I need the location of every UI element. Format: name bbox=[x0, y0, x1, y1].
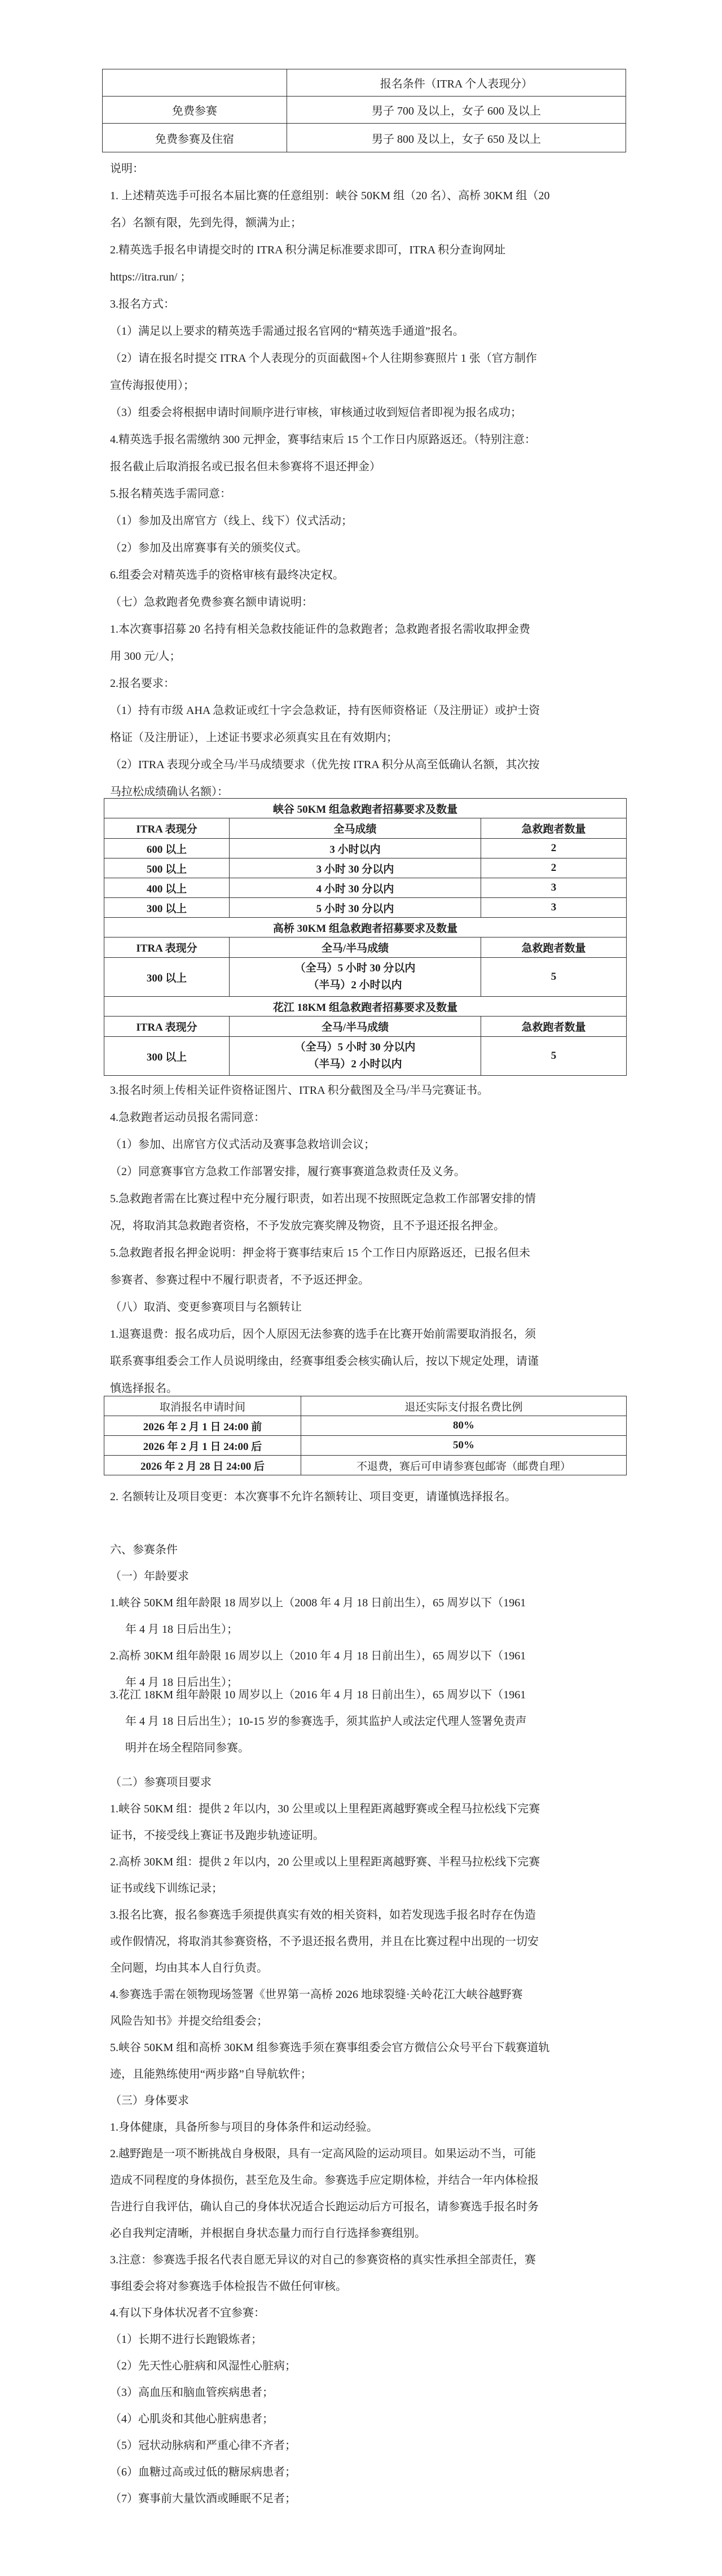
count-cell: 5 bbox=[481, 958, 627, 997]
count-cell: 2 bbox=[481, 858, 627, 878]
text-line: 年 4 月 18 日后出生）；10-15 岁的参赛选手，须其监护人或法定代理人签… bbox=[110, 1708, 549, 1735]
text-line: （5）冠状动脉病和严重心律不齐者； bbox=[110, 2433, 549, 2459]
group-title-cell: 高桥 30KM 组急救跑者招募要求及数量 bbox=[104, 918, 627, 937]
text-line: 5.峡谷 50KM 组和高桥 30KM 组参赛选手须在赛事组委会官方微信公众号平… bbox=[110, 2035, 549, 2061]
text-line: 1.退赛退费：报名成功后，因个人原因无法参赛的选手在比赛开始前需要取消报名，须 bbox=[110, 1321, 539, 1348]
text-line: 1.本次赛事招募 20 名持有相关急救技能证件的急救跑者；急救跑者报名需收取押金… bbox=[110, 616, 549, 643]
text-line: 5.报名精英选手需同意： bbox=[110, 480, 549, 507]
text-line: 1. 上述精英选手可报名本届比赛的任意组别：峡谷 50KM 组（20 名）、高桥… bbox=[110, 182, 549, 209]
refund-time-cell: 2026 年 2 月 1 日 24:00 后 bbox=[104, 1436, 301, 1456]
text-line: （3）组委会将根据申请时间顺序进行审核，审核通过收到短信者即视为报名成功； bbox=[110, 399, 549, 426]
text-line: 4.有以下身体状况者不宜参赛： bbox=[110, 2300, 549, 2327]
text-line: 4.精英选手报名需缴纳 300 元押金，赛事结束后 15 个工作日内原路返还。（… bbox=[110, 426, 549, 453]
refund-col-header-time: 取消报名申请时间 bbox=[104, 1396, 301, 1416]
itra-score-cell: 500 以上 bbox=[104, 858, 230, 878]
col-header-itra: ITRA 表现分 bbox=[104, 1017, 230, 1037]
notes-heading: 说明： bbox=[110, 155, 549, 182]
count-cell: 3 bbox=[481, 898, 627, 918]
count-cell: 2 bbox=[481, 839, 627, 858]
time-cell: 5 小时 30 分以内 bbox=[230, 898, 481, 918]
text-line: 3.注意：参赛选手报名代表自愿无异议的对自己的参赛资格的真实性承担全部责任，赛 bbox=[110, 2247, 549, 2273]
text-line: 3.报名方式： bbox=[110, 291, 549, 318]
text-line: （2）同意赛事官方急救工作部署安排，履行赛事赛道急救责任及义务。 bbox=[110, 1158, 539, 1185]
text-line: （2）先天性心脏病和风湿性心脏病； bbox=[110, 2353, 549, 2380]
text-line: 6.组委会对精英选手的资格审核有最终决定权。 bbox=[110, 562, 549, 589]
text-line: 报名截止后取消报名或已报名但未参赛将不退还押金） bbox=[110, 453, 549, 480]
time-line: （全马）5 小时 30 分以内 bbox=[230, 960, 481, 977]
refund-col-header-ratio: 退还实际支付报名费比例 bbox=[301, 1396, 627, 1416]
text-line: 3.花江 18KM 组年龄限 10 周岁以上（2016 年 4 月 18 日前出… bbox=[110, 1682, 549, 1708]
count-cell: 3 bbox=[481, 878, 627, 898]
text-line: （4）心肌炎和其他心脏病患者； bbox=[110, 2406, 549, 2433]
col-header-time: 全马/半马成绩 bbox=[230, 1017, 481, 1037]
text-line: （1）参加、出席官方仪式活动及赛事急救培训会议； bbox=[110, 1131, 539, 1158]
refund-time-cell: 2026 年 2 月 28 日 24:00 后 bbox=[104, 1456, 301, 1475]
time-line: （全马）5 小时 30 分以内 bbox=[230, 1039, 481, 1056]
text-line: 1.峡谷 50KM 组年龄限 18 周岁以上（2008 年 4 月 18 日前出… bbox=[110, 1590, 549, 1616]
text-line: 1.峡谷 50KM 组：提供 2 年以内，30 公里或以上里程距离越野赛或全程马… bbox=[110, 1796, 549, 1823]
text-line: 4.参赛选手需在领物现场签署《世界第一高桥 2026 地球裂缝·关岭花江大峡谷越… bbox=[110, 1982, 549, 2008]
text-line: 或作假情况，将取消其参赛资格，不予退还报名费用，并且在比赛过程中出现的一切安 bbox=[110, 1929, 549, 1955]
text-line: 年 4 月 18 日后出生）； bbox=[110, 1616, 549, 1643]
elite-notes-section: 说明： 1. 上述精英选手可报名本届比赛的任意组别：峡谷 50KM 组（20 名… bbox=[110, 155, 549, 805]
text-line: 用 300 元/人； bbox=[110, 643, 549, 670]
refund-policy-table: 取消报名申请时间 退还实际支付报名费比例 2026 年 2 月 1 日 24:0… bbox=[104, 1396, 627, 1475]
text-line: 联系赛事组委会工作人员说明缘由，经赛事组委会核实确认后，按以下规定处理，请谨 bbox=[110, 1348, 539, 1375]
refund-ratio-cell: 80% bbox=[301, 1416, 627, 1436]
col-header-itra: ITRA 表现分 bbox=[104, 818, 230, 839]
text-line: 名）名额有限，先到先得，额满为止； bbox=[110, 209, 549, 236]
text-line: 3.报名时须上传相关证件资格证图片、ITRA 积分截图及全马/半马完赛证书。 bbox=[110, 1077, 539, 1104]
text-line: （2）请在报名时提交 ITRA 个人表现分的页面截图+个人往期参赛照片 1 张（… bbox=[110, 345, 549, 372]
text-line: 必自我判定清晰，并根据自身状态量力而行自行选择参赛组别。 bbox=[110, 2220, 549, 2247]
col-header-count: 急救跑者数量 bbox=[481, 937, 627, 958]
condition-header-cell: 报名条件（ITRA 个人表现分） bbox=[287, 69, 626, 97]
text-line: 3.报名比赛，报名参赛选手须提供真实有效的相关资料，如若发现选手报名时存在伪造 bbox=[110, 1902, 549, 1929]
text-line: 4.急救跑者运动员报名需同意： bbox=[110, 1104, 539, 1131]
time-cell: 4 小时 30 分以内 bbox=[230, 878, 481, 898]
heading-cancel-transfer: （八）取消、变更参赛项目与名额转让 bbox=[110, 1294, 539, 1321]
time-cell: （全马）5 小时 30 分以内 （半马）2 小时以内 bbox=[230, 1037, 481, 1076]
refund-ratio-cell: 50% bbox=[301, 1436, 627, 1456]
elite-qualification-table: 报名条件（ITRA 个人表现分） 免费参赛 男子 700 及以上，女子 600 … bbox=[102, 69, 626, 152]
text-line: 格证（及注册证），上述证书要求必须真实且在有效期内； bbox=[110, 724, 549, 751]
time-line: （半马）2 小时以内 bbox=[230, 1056, 481, 1073]
entry-conditions-section: 2. 名额转让及项目变更：本次赛事不允许名额转让、项目变更，请谨慎选择报名。 六… bbox=[110, 1484, 549, 2512]
text-line: （1）参加及出席官方（线上、线下）仪式活动； bbox=[110, 507, 549, 535]
col-header-time: 全马成绩 bbox=[230, 818, 481, 839]
text-line: 全问题，均由其本人自行负责。 bbox=[110, 1955, 549, 1982]
col-header-count: 急救跑者数量 bbox=[481, 1017, 627, 1037]
heading-age-requirements: （一）年龄要求 bbox=[110, 1563, 549, 1590]
blank-line bbox=[110, 1510, 549, 1537]
text-line: 2.精英选手报名申请提交时的 ITRA 积分满足标准要求即可，ITRA 积分查询… bbox=[110, 236, 549, 264]
heading-event-requirements: （二）参赛项目要求 bbox=[110, 1769, 549, 1796]
text-line: 5.急救跑者需在比赛过程中充分履行职责，如若出现不按照既定急救工作部署安排的情 bbox=[110, 1185, 539, 1212]
text-line: 造成不同程度的身体损伤，甚至危及生命。参赛选手应定期体检，并结合一年内体检报 bbox=[110, 2167, 549, 2194]
itra-score-cell: 300 以上 bbox=[104, 898, 230, 918]
text-line: 况，将取消其急救跑者资格，不予发放完赛奖牌及物资，且不予退还报名押金。 bbox=[110, 1212, 539, 1239]
text-line: （7）赛事前大量饮酒或睡眠不足者； bbox=[110, 2486, 549, 2512]
text-line: （6）血糖过高或过低的糖尿病患者； bbox=[110, 2459, 549, 2486]
text-line: 迹，且能熟练使用“两步路”自导航软件； bbox=[110, 2061, 549, 2088]
text-line: 2.报名要求： bbox=[110, 670, 549, 697]
text-line: 1.身体健康，具备所参与项目的身体条件和运动经验。 bbox=[110, 2114, 549, 2141]
text-line: 明并在场全程陪同参赛。 bbox=[110, 1735, 549, 1762]
text-line: （1）持有市级 AHA 急救证或红十字会急救证，持有医师资格证（及注册证）或护士… bbox=[110, 697, 549, 724]
text-line: 2.越野跑是一项不断挑战自身极限，具有一定高风险的运动项目。如果运动不当，可能 bbox=[110, 2141, 549, 2167]
text-line: 2.高桥 30KM 组年龄限 16 周岁以上（2010 年 4 月 18 日前出… bbox=[110, 1643, 549, 1670]
heading-entry-conditions: 六、参赛条件 bbox=[110, 1537, 549, 1563]
col-header-time: 全马/半马成绩 bbox=[230, 937, 481, 958]
text-line: 风险告知书》并提交给组委会； bbox=[110, 2008, 549, 2035]
time-cell: （全马）5 小时 30 分以内 （半马）2 小时以内 bbox=[230, 958, 481, 997]
text-line: 宣传海报使用）； bbox=[110, 372, 549, 399]
text-line: 事组委会将对参赛选手体检报告不做任何审核。 bbox=[110, 2273, 549, 2300]
text-line: 证书或线下训练记录； bbox=[110, 1876, 549, 1902]
itra-url: https://itra.run/ ； bbox=[110, 264, 549, 291]
text-line: 2. 名额转让及项目变更：本次赛事不允许名额转让、项目变更，请谨慎选择报名。 bbox=[110, 1484, 549, 1510]
itra-score-cell: 600 以上 bbox=[104, 839, 230, 858]
refund-ratio-cell: 不退费，赛后可申请参赛包邮寄（邮费自理） bbox=[301, 1456, 627, 1475]
tier-cell: 免费参赛及住宿 bbox=[103, 124, 287, 152]
rescue-notes-section: 3.报名时须上传相关证件资格证图片、ITRA 积分截图及全马/半马完赛证书。 4… bbox=[110, 1077, 539, 1402]
text-line: （1）满足以上要求的精英选手需通过报名官网的“精英选手通道”报名。 bbox=[110, 318, 549, 345]
heading-physical-requirements: （三）身体要求 bbox=[110, 2088, 549, 2114]
itra-score-cell: 400 以上 bbox=[104, 878, 230, 898]
time-cell: 3 小时 30 分以内 bbox=[230, 858, 481, 878]
text-line: （3）高血压和脑血管疾病患者； bbox=[110, 2380, 549, 2406]
itra-score-cell: 300 以上 bbox=[104, 958, 230, 997]
time-cell: 3 小时以内 bbox=[230, 839, 481, 858]
text-line: 证书，不接受线上赛证书及跑步轨迹证明。 bbox=[110, 1823, 549, 1849]
text-line: （2）参加及出席赛事有关的颁奖仪式。 bbox=[110, 535, 549, 562]
requirement-cell: 男子 700 及以上，女子 600 及以上 bbox=[287, 97, 626, 124]
document-page: 报名条件（ITRA 个人表现分） 免费参赛 男子 700 及以上，女子 600 … bbox=[0, 0, 722, 2576]
text-line: 参赛者、参赛过程中不履行职责者，不予返还押金。 bbox=[110, 1267, 539, 1294]
col-header-count: 急救跑者数量 bbox=[481, 818, 627, 839]
corner-cell bbox=[103, 69, 287, 97]
tier-cell: 免费参赛 bbox=[103, 97, 287, 124]
text-line: （1）长期不进行长跑锻炼者； bbox=[110, 2327, 549, 2353]
time-line: （半马）2 小时以内 bbox=[230, 977, 481, 994]
col-header-itra: ITRA 表现分 bbox=[104, 937, 230, 958]
text-line: （2）ITRA 表现分或全马/半马成绩要求（优先按 ITRA 积分从高至低确认名… bbox=[110, 751, 549, 778]
text-line: 5.急救跑者报名押金说明：押金将于赛事结束后 15 个工作日内原路返还，已报名但… bbox=[110, 1239, 539, 1267]
group-title-cell: 花江 18KM 组急救跑者招募要求及数量 bbox=[104, 997, 627, 1017]
rescue-runner-requirement-table: 峡谷 50KM 组急救跑者招募要求及数量 ITRA 表现分 全马成绩 急救跑者数… bbox=[104, 798, 627, 1076]
text-line: 2.高桥 30KM 组：提供 2 年以内，20 公里或以上里程距离越野赛、半程马… bbox=[110, 1849, 549, 1876]
text-line: 告进行自我评估，确认自己的身体状况适合长跑运动后方可报名，请参赛选手报名时务 bbox=[110, 2194, 549, 2220]
refund-time-cell: 2026 年 2 月 1 日 24:00 前 bbox=[104, 1416, 301, 1436]
heading-rescue-runner-quota: （七）急救跑者免费参赛名额申请说明： bbox=[110, 589, 549, 616]
count-cell: 5 bbox=[481, 1037, 627, 1076]
itra-score-cell: 300 以上 bbox=[104, 1037, 230, 1076]
requirement-cell: 男子 800 及以上，女子 650 及以上 bbox=[287, 124, 626, 152]
group-title-cell: 峡谷 50KM 组急救跑者招募要求及数量 bbox=[104, 799, 627, 818]
